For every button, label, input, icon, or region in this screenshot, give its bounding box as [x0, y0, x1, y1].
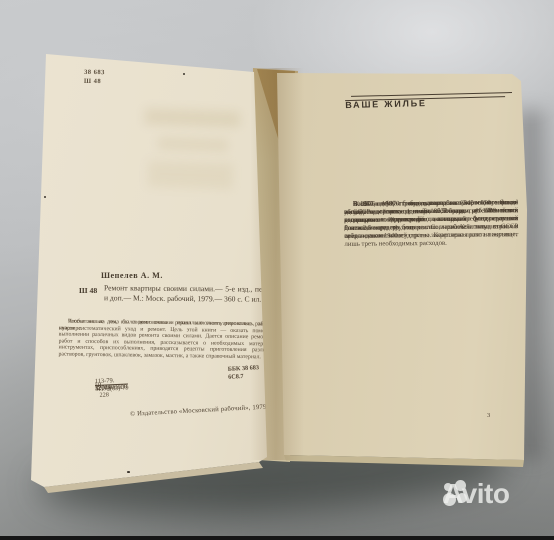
index-code: Ш 48 [79, 286, 97, 295]
show-through-blot [145, 108, 241, 127]
page-number: 3 [487, 412, 490, 419]
print-index-suffix: 113-79. 3204000000 [95, 377, 128, 392]
show-through-blot [158, 137, 228, 152]
body-text: Жилищному строительству в Советском Союз… [344, 199, 518, 201]
body-paragraph: Чтобы дома были долговечными и правильно… [344, 199, 518, 225]
author-line: Шепелев А. М. [101, 271, 163, 280]
avito-wordmark: Avito [443, 480, 509, 511]
book-photo: 38 683 Ш 48 Шепелев А. М. Ш 48 Ремонт кв… [0, 0, 554, 540]
bibliographic-entry: Ремонт квартиры своими силами.— 5-е изд.… [104, 283, 268, 304]
page-speck [44, 196, 46, 198]
show-through-blot [148, 161, 234, 190]
gutter-shadow [250, 68, 304, 460]
chapter-header: ВАШЕ ЖИЛЬЕ [345, 92, 515, 96]
stamp-code: Ш 48 [84, 77, 105, 86]
library-stamp: 38 683 Ш 48 [84, 69, 105, 86]
photo-bottom-bar [0, 536, 554, 540]
page-speck [127, 471, 130, 473]
page-speck [183, 73, 185, 75]
stamp-number: 38 683 [84, 69, 105, 78]
annotation-block: Чтобы жилые дома были долговечны и прави… [59, 318, 279, 321]
